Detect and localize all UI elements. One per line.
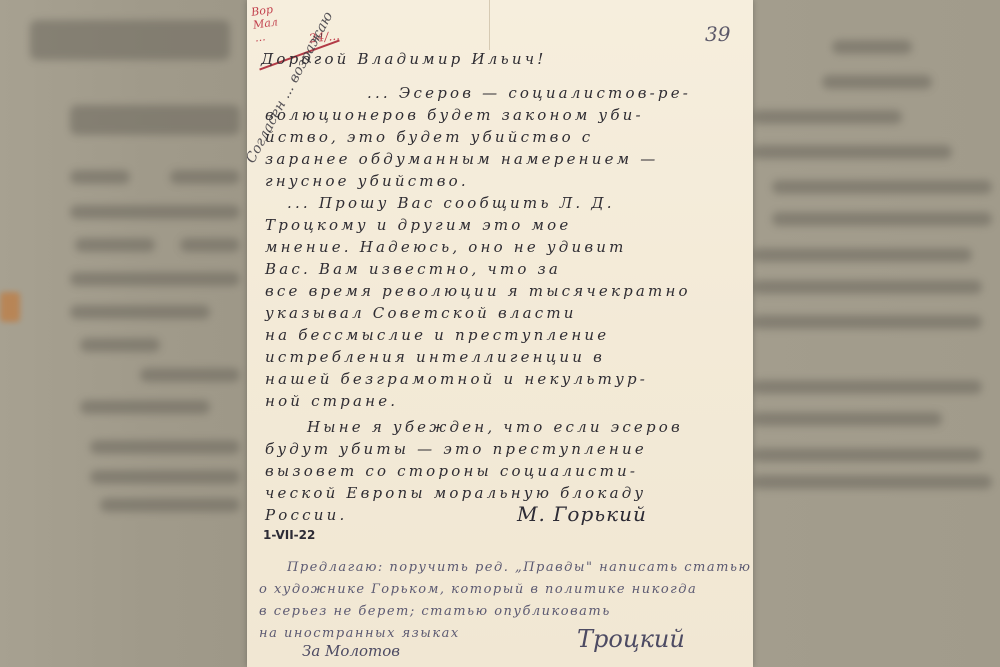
letter-page: Вор Мал ... 24/... 39 Согласен ... возра… [247, 0, 753, 667]
body-text: на бессмыслие и преступление [265, 326, 609, 344]
body-text: ... Прошу Вас сообщить Л. Д. [287, 194, 615, 212]
body-text: ... Эсеров — социалистов-ре- [367, 84, 691, 102]
body-text: указывал Советской власти [265, 304, 577, 322]
blurred-hole-punch-mark [0, 292, 20, 322]
greeting: Дорогой Владимир Ильич! [261, 50, 546, 68]
page-number: 39 [705, 22, 730, 46]
blurred-background-right [752, 0, 1000, 667]
body-text: ной стране. [265, 392, 398, 410]
resolution-line: о художнике Горьком, который в политике … [259, 582, 749, 597]
body-text: Ныне я убежден, что если эсеров [307, 418, 683, 436]
red-archive-annotation: Вор Мал ... [250, 2, 280, 44]
resolution-line: в серьез не берет; статью опубликовать [259, 604, 749, 619]
body-text: будут убиты — это преступление [265, 440, 647, 458]
body-text: нашей безграмотной и некультур- [265, 370, 648, 388]
resolution-signature-molotov: За Молотов [302, 642, 400, 660]
body-text: йство, это будет убийство с [265, 128, 593, 146]
author-signature: М. Горький [517, 502, 647, 526]
resolution-line: Предлагаю: поручить ред. „Правды" написа… [287, 560, 753, 575]
body-text: мнение. Надеюсь, оно не удивит [265, 238, 627, 256]
body-text: все время революции я тысячекратно [265, 282, 691, 300]
body-text: гнусное убийство. [265, 172, 469, 190]
body-text: России. [265, 506, 347, 524]
body-text: заранее обдуманным намерением — [265, 150, 658, 168]
resolution-signature-trotsky: Троцкий [577, 625, 685, 653]
body-text: истребления интеллигенции в [265, 348, 605, 366]
red-annotation-line: ... [254, 28, 280, 44]
letter-date: 1-VII-22 [263, 528, 315, 542]
paper-fold-line [489, 0, 490, 50]
body-text: Вас. Вам известно, что за [265, 260, 561, 278]
body-text: вызовет со стороны социалисти- [265, 462, 638, 480]
body-text: волюционеров будет законом уби- [265, 106, 644, 124]
body-text: ческой Европы моральную блокаду [265, 484, 646, 502]
body-text: Троцкому и другим это мое [265, 216, 571, 234]
blurred-background-left [0, 0, 250, 667]
